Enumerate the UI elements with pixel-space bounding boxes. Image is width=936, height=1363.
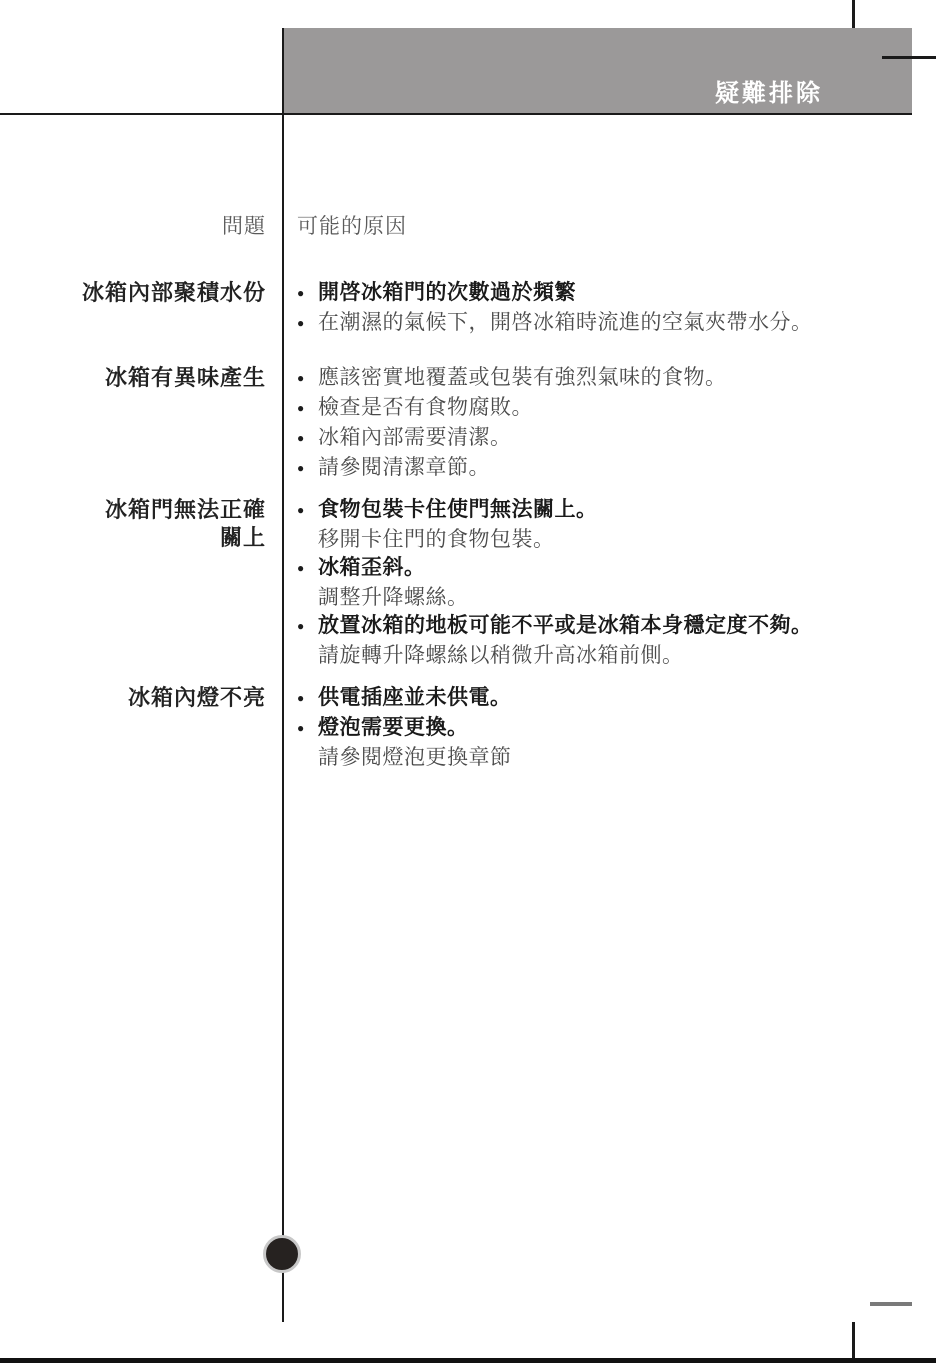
problem-cell: 冰箱內部聚積水份 [0, 279, 283, 307]
cause-item: 冰箱歪斜。 [297, 554, 923, 584]
causes-cell: 食物包裝卡住使門無法關上。 移開卡住門的食物包裝。 冰箱歪斜。 調整升降螺絲。 … [283, 496, 923, 670]
cause-subtext: 調整升降螺絲。 [297, 584, 923, 612]
problem-title: 冰箱內部聚積水份 [0, 279, 266, 307]
causes-cell: 供電插座並未供電。 燈泡需要更換。 請參閱燈泡更換章節 [283, 684, 923, 772]
cause-text: 供電插座並未供電。 [318, 684, 512, 712]
cause-sub: 移開卡住門的食物包裝。 [318, 526, 555, 554]
problem-column-header-cell: 問題 [0, 214, 283, 240]
crop-mark-bottom [852, 1322, 855, 1363]
cause-column-header-cell: 可能的原因 [283, 214, 923, 240]
problem-title: 冰箱門無法正確 [0, 496, 266, 524]
cause-item: 燈泡需要更換。 [297, 714, 923, 744]
problem-title: 冰箱內燈不亮 [0, 684, 266, 712]
table-row: 冰箱內燈不亮 供電插座並未供電。 燈泡需要更換。 請參閱燈泡更換章節 [0, 684, 936, 772]
problem-cell: 冰箱有異味產生 [0, 364, 283, 392]
cause-text: 燈泡需要更換。 [318, 714, 469, 742]
cause-item: 放置冰箱的地板可能不平或是冰箱本身穩定度不夠。 [297, 612, 923, 642]
cause-subtext: 請參閱燈泡更換章節 [297, 744, 923, 772]
cause-column-header: 可能的原因 [297, 215, 407, 238]
page-number-dot [263, 1235, 301, 1273]
causes-cell: 應該密實地覆蓋或包裝有強烈氣味的食物。 檢查是否有食物腐敗。 冰箱內部需要清潔。… [283, 364, 923, 484]
problem-title: 冰箱有異味產生 [0, 364, 266, 392]
cause-subtext: 請旋轉升降螺絲以稍微升高冰箱前側。 [297, 642, 923, 670]
cause-text: 在潮濕的氣候下，開啓冰箱時流進的空氣夾帶水分。 [318, 309, 813, 337]
cause-text: 食物包裝卡住使門無法關上。 [318, 496, 598, 524]
cause-subtext: 移開卡住門的食物包裝。 [297, 526, 923, 554]
problem-cell: 冰箱內燈不亮 [0, 684, 283, 712]
manual-page: 疑難排除 問題 可能的原因 冰箱內部聚積水份 開啓冰箱門的次數過於頻繁 在潮濕的… [0, 0, 936, 1363]
problem-title-line2: 關上 [0, 524, 266, 552]
cause-sub: 調整升降螺絲。 [318, 584, 469, 612]
cause-sub: 請參閱燈泡更換章節 [318, 744, 512, 772]
cause-text: 開啓冰箱門的次數過於頻繁 [318, 279, 576, 307]
cause-text: 請參閱清潔章節。 [318, 454, 490, 482]
cause-text: 冰箱歪斜。 [318, 554, 426, 582]
table-row: 冰箱門無法正確 關上 食物包裝卡住使門無法關上。 移開卡住門的食物包裝。 冰箱歪… [0, 496, 936, 670]
bullet-icon [297, 364, 318, 394]
cause-text: 冰箱內部需要清潔。 [318, 424, 512, 452]
header-bar: 疑難排除 [284, 28, 912, 114]
cause-item: 在潮濕的氣候下，開啓冰箱時流進的空氣夾帶水分。 [297, 309, 923, 339]
cause-text: 放置冰箱的地板可能不平或是冰箱本身穩定度不夠。 [318, 612, 813, 640]
cause-item: 應該密實地覆蓋或包裝有強烈氣味的食物。 [297, 364, 923, 394]
cause-item: 冰箱內部需要清潔。 [297, 424, 923, 454]
crop-mark-right [882, 56, 936, 59]
cause-item: 供電插座並未供電。 [297, 684, 923, 714]
cause-text: 檢查是否有食物腐敗。 [318, 394, 533, 422]
problem-column-header: 問題 [222, 215, 266, 238]
bullet-icon [297, 454, 318, 484]
bullet-icon [297, 496, 318, 526]
bullet-icon [297, 612, 318, 642]
header-rule [0, 113, 912, 115]
bullet-icon [297, 554, 318, 584]
table-header-row: 問題 可能的原因 [0, 214, 936, 240]
table-row: 冰箱有異味產生 應該密實地覆蓋或包裝有強烈氣味的食物。 檢查是否有食物腐敗。 冰… [0, 364, 936, 484]
cause-item: 檢查是否有食物腐敗。 [297, 394, 923, 424]
cause-item: 開啓冰箱門的次數過於頻繁 [297, 279, 923, 309]
page-bottom-rule [0, 1358, 936, 1363]
page-title: 疑難排除 [715, 73, 823, 108]
bullet-icon [297, 714, 318, 744]
crop-mark-bottom-dash [870, 1302, 912, 1306]
bullet-icon [297, 309, 318, 339]
table-row: 冰箱內部聚積水份 開啓冰箱門的次數過於頻繁 在潮濕的氣候下，開啓冰箱時流進的空氣… [0, 279, 936, 339]
bullet-icon [297, 424, 318, 454]
bullet-icon [297, 394, 318, 424]
bullet-icon [297, 684, 318, 714]
problem-cell: 冰箱門無法正確 關上 [0, 496, 283, 552]
cause-item: 請參閱清潔章節。 [297, 454, 923, 484]
cause-item: 食物包裝卡住使門無法關上。 [297, 496, 923, 526]
bullet-icon [297, 279, 318, 309]
crop-mark-top [852, 0, 855, 28]
cause-text: 應該密實地覆蓋或包裝有強烈氣味的食物。 [318, 364, 727, 392]
cause-sub: 請旋轉升降螺絲以稍微升高冰箱前側。 [318, 642, 684, 670]
causes-cell: 開啓冰箱門的次數過於頻繁 在潮濕的氣候下，開啓冰箱時流進的空氣夾帶水分。 [283, 279, 923, 339]
